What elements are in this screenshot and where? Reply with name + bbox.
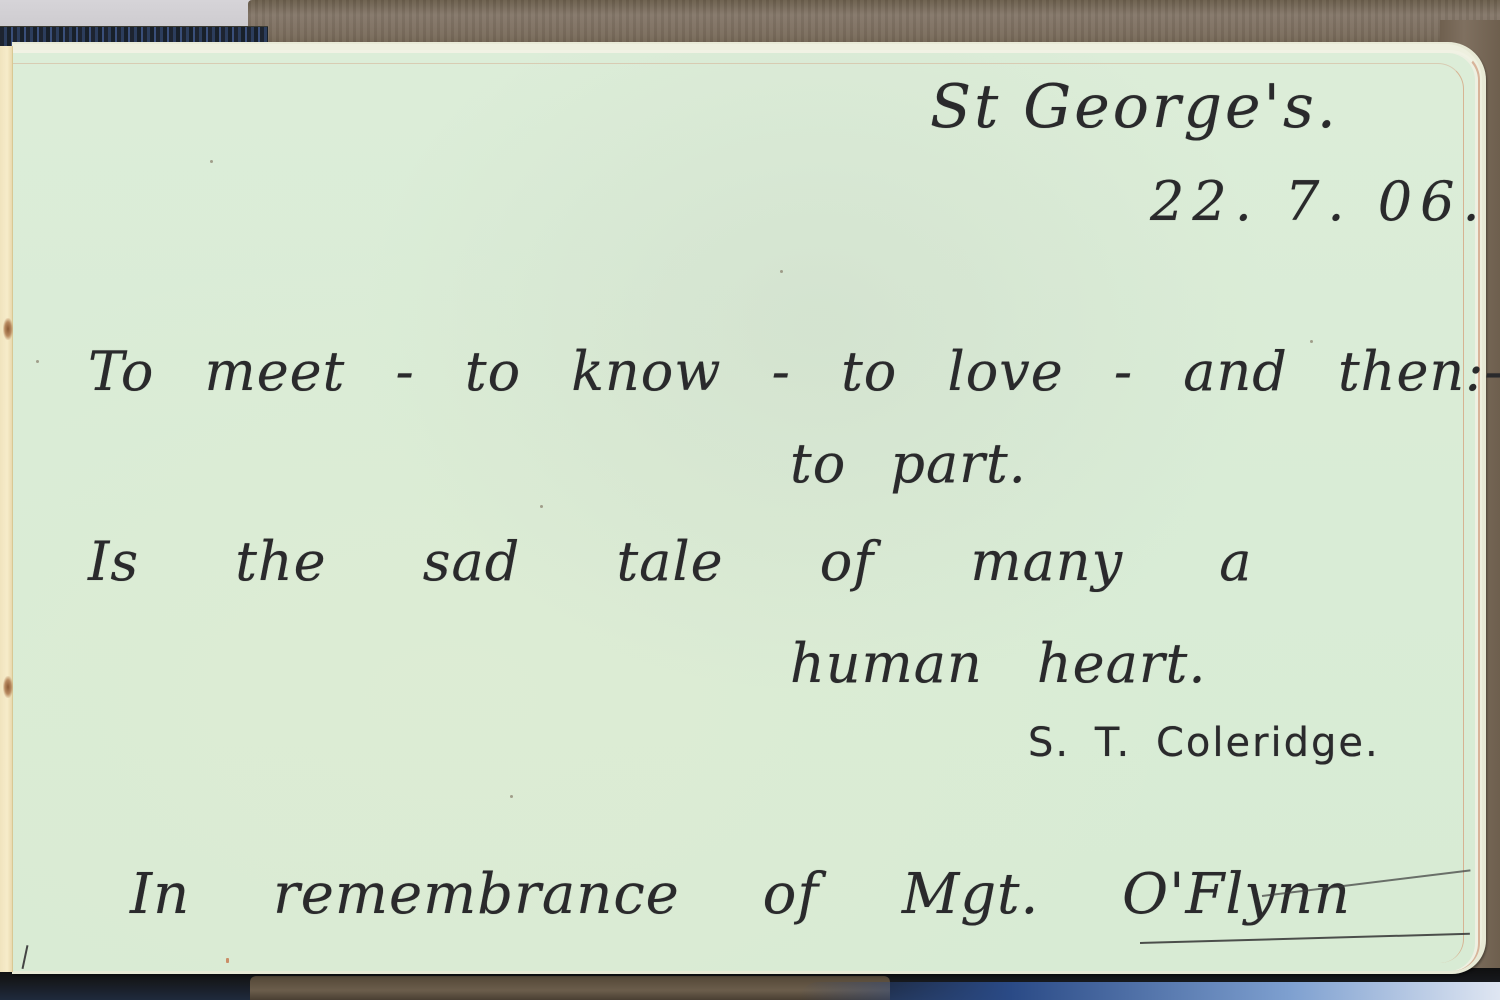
verse-line-1: To meet - to know - to love - and then:- (88, 340, 1500, 403)
verse-line-3: Is the sad tale of many a (88, 530, 1252, 593)
page-gutter (0, 46, 13, 972)
binding-stitch-icon (3, 318, 13, 340)
dedication-line: In remembrance of Mgt. O'Flynn (130, 862, 1351, 927)
place-heading: St George's. (930, 72, 1339, 142)
cardboard-backing-bottom (250, 976, 890, 1000)
paper-speck (780, 270, 783, 273)
paper-speck (210, 160, 213, 163)
date-heading: 22. 7. 06. (1150, 170, 1488, 233)
paper-speck (226, 958, 229, 963)
paper-speck (540, 505, 543, 508)
verse-attribution: S. T. Coleridge. (1028, 720, 1380, 766)
scanner-edge-glow (800, 982, 1500, 1000)
verse-line-2: to part. (790, 432, 1027, 495)
binding-stitch-icon (3, 676, 13, 698)
album-scan: St George's. 22. 7. 06. To meet - to kno… (0, 0, 1500, 1000)
paper-speck (36, 360, 39, 363)
verse-line-4: human heart. (790, 632, 1207, 695)
paper-speck (510, 795, 513, 798)
